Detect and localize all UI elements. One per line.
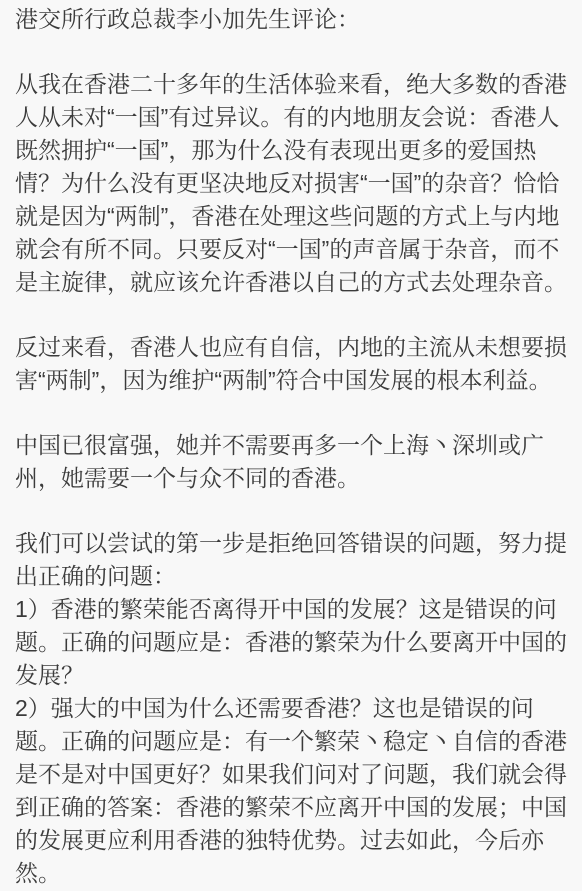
article-text-block: 港交所行政总裁李小加先生评论： 从我在香港二十多年的生活体验来看，绝大多数的香港… [0,0,582,891]
paragraph-china-needs-unique-hongkong: 中国已很富强，她并不需要再多一个上海丶深圳或广 州，她需要一个与众不同的香港。 [15,429,568,495]
paragraph-two-systems-confidence: 反过来看，香港人也应有自信，内地的主流从未想要损 害“两制”，因为维护“两制”符… [15,331,568,397]
paragraph-one-country-experience: 从我在香港二十多年的生活体验来看，绝大多数的香港 人从未对“一国”有过异议。有的… [15,68,568,299]
article-heading: 港交所行政总裁李小加先生评论： [15,3,568,36]
paragraph-right-questions: 我们可以尝试的第一步是拒绝回答错误的问题，努力提 出正确的问题： 1）香港的繁荣… [15,527,568,890]
